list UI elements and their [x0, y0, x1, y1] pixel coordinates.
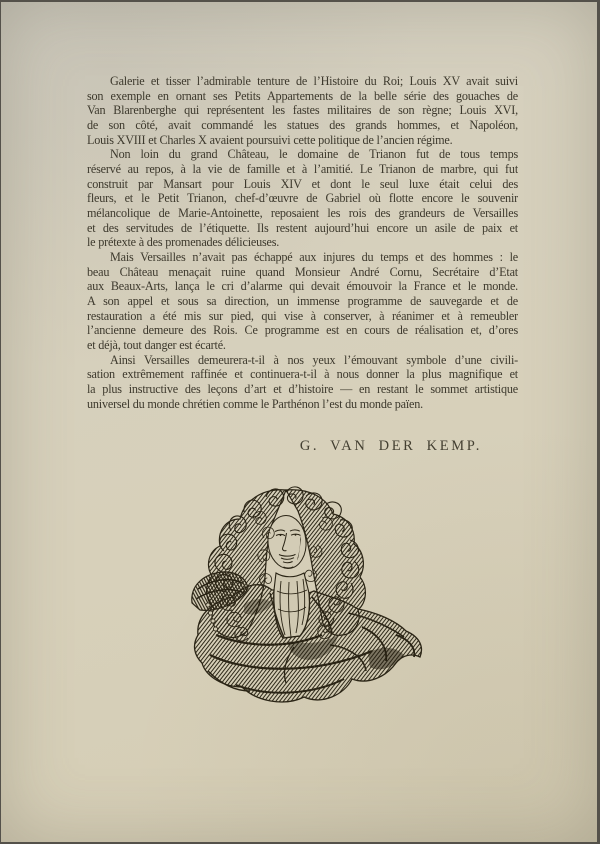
text-line: mélancolique de Marie-Antoinette, reposa…: [87, 206, 518, 221]
text-line: sation extrêmement raffinée et continuer…: [87, 367, 518, 382]
text-line: A son appel et sous sa direction, un imm…: [87, 294, 518, 309]
paragraph: Non loin du grand Château, le domaine de…: [87, 147, 518, 250]
paragraph: Mais Versailles n’avait pas échappé aux …: [87, 250, 518, 353]
text-line: de son côté, avait commandé les statues …: [87, 118, 518, 133]
text-line: Mais Versailles n’avait pas échappé aux …: [87, 250, 518, 265]
text-line: réservé au repos, à la vie de famille et…: [87, 162, 518, 177]
paragraph: Galerie et tisser l’admirable tenture de…: [87, 74, 518, 147]
text-line: Galerie et tisser l’admirable tenture de…: [87, 74, 518, 89]
body-text: Galerie et tisser l’admirable tenture de…: [87, 74, 518, 411]
text-line: l’ancienne demeure des Rois. Ce programm…: [87, 323, 518, 338]
text-line: fleurs, et le Petit Trianon, chef-d’œuvr…: [87, 191, 518, 206]
text-line: Non loin du grand Château, le domaine de…: [87, 147, 518, 162]
text-line: et des servitudes de l’étiquette. Ils re…: [87, 221, 518, 236]
bust-engraving-illustration: [174, 484, 428, 712]
paragraph: Ainsi Versailles demeurera-t-il à nos ye…: [87, 353, 518, 412]
text-line: la plus instructive des leçons d’art et …: [87, 382, 518, 397]
text-line: construit par Mansart pour Louis XIV et …: [87, 177, 518, 192]
text-line: son exemple en ornant ses Petits Apparte…: [87, 89, 518, 104]
text-line: et déjà, tout danger est écarté.: [87, 338, 518, 353]
text-line: aux Beaux-Arts, lança le cri d’alarme qu…: [87, 279, 518, 294]
text-line: Van Blarenberghe qui représentent les fa…: [87, 103, 518, 118]
text-line: le prétexte à des promenades délicieuses…: [87, 235, 518, 250]
text-line: beau Château menaçait ruine quand Monsie…: [87, 265, 518, 280]
text-line: universel du monde chrétien comme le Par…: [87, 397, 518, 412]
signature: G. VAN DER KEMP.: [87, 438, 482, 455]
text-line: restauration a été mis sur pied, qui vis…: [87, 309, 518, 324]
text-line: Louis XVIII et Charles X avaient poursui…: [87, 133, 518, 148]
text-line: Ainsi Versailles demeurera-t-il à nos ye…: [87, 353, 518, 368]
